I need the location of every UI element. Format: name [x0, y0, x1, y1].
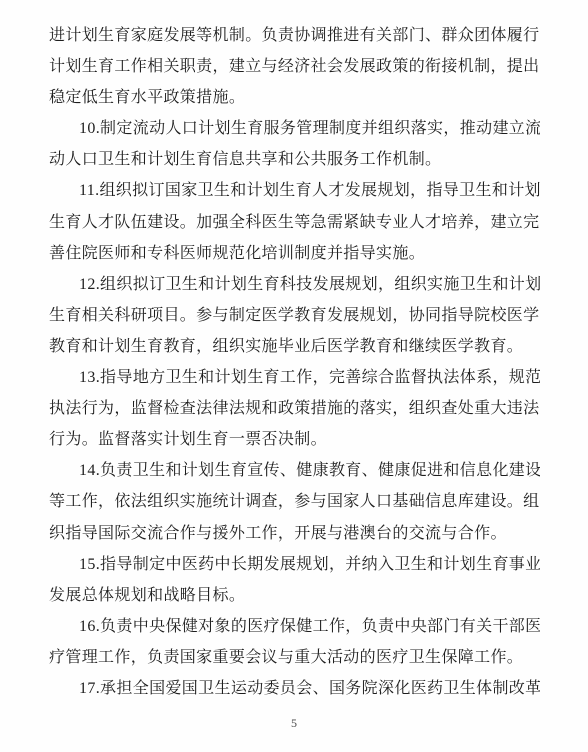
text-line: 动人口卫生和计划生育信息共享和公共服务工作机制。 — [49, 144, 540, 175]
text-line: 等工作，依法组织实施统计调查，参与国家人口基础信息库建设。组 — [49, 486, 540, 517]
text-line: 13.指导地方卫生和计划生育工作，完善综合监督执法体系，规范 — [49, 362, 540, 393]
body-text: 进计划生育家庭发展等机制。负责协调推进有关部门、群众团体履行计划生育工作相关职责… — [49, 20, 540, 704]
text-line: 善住院医师和专科医师规范化培训制度并指导实施。 — [49, 238, 540, 269]
text-line: 稳定低生育水平政策措施。 — [49, 82, 540, 113]
text-line: 16.负责中央保健对象的医疗保健工作，负责中央部门有关干部医 — [49, 611, 540, 642]
page-number: 5 — [0, 716, 588, 731]
text-line: 发展总体规划和战略目标。 — [49, 580, 540, 611]
text-line: 11.组织拟订国家卫生和计划生育人才发展规划，指导卫生和计划 — [49, 175, 540, 206]
document-page: 进计划生育家庭发展等机制。负责协调推进有关部门、群众团体履行计划生育工作相关职责… — [0, 0, 588, 752]
text-line: 17.承担全国爱国卫生运动委员会、国务院深化医药卫生体制改革 — [49, 673, 540, 704]
text-line: 织指导国际交流合作与援外工作，开展与港澳台的交流与合作。 — [49, 518, 540, 549]
text-line: 计划生育工作相关职责，建立与经济社会发展政策的衔接机制，提出 — [49, 51, 540, 82]
text-line: 执法行为，监督检查法律法规和政策措施的落实，组织查处重大违法 — [49, 393, 540, 424]
text-line: 15.指导制定中医药中长期发展规划，并纳入卫生和计划生育事业 — [49, 549, 540, 580]
text-line: 生育相关科研项目。参与制定医学教育发展规划，协同指导院校医学 — [49, 300, 540, 331]
text-line: 14.负责卫生和计划生育宣传、健康教育、健康促进和信息化建设 — [49, 455, 540, 486]
text-line: 疗管理工作，负责国家重要会议与重大活动的医疗卫生保障工作。 — [49, 642, 540, 673]
text-line: 行为。监督落实计划生育一票否决制。 — [49, 424, 540, 455]
text-line: 12.组织拟订卫生和计划生育科技发展规划，组织实施卫生和计划 — [49, 269, 540, 300]
text-line: 10.制定流动人口计划生育服务管理制度并组织落实，推动建立流 — [49, 113, 540, 144]
text-line: 生育人才队伍建设。加强全科医生等急需紧缺专业人才培养，建立完 — [49, 207, 540, 238]
text-line: 进计划生育家庭发展等机制。负责协调推进有关部门、群众团体履行 — [49, 20, 540, 51]
text-line: 教育和计划生育教育，组织实施毕业后医学教育和继续医学教育。 — [49, 331, 540, 362]
